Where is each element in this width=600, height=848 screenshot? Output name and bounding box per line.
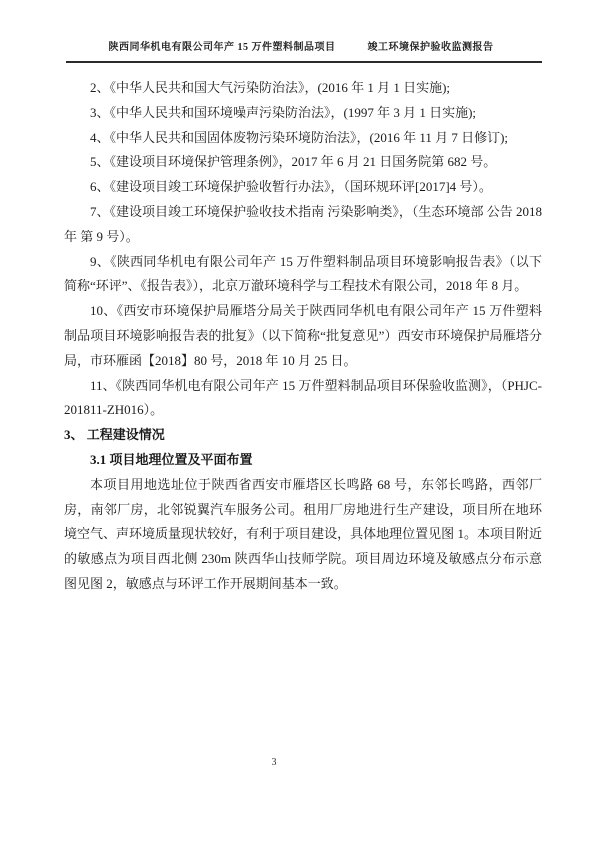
reference-item: 9、《陕西同华机电有限公司年产 15 万件塑料制品项目环境影响报告表》（以下简称… xyxy=(64,250,542,300)
section-heading: 3、 工程建设情况 xyxy=(64,423,542,448)
report-page: 陕西同华机电有限公司年产 15 万件塑料制品项目 竣工环境保护验收监测报告 2、… xyxy=(0,0,600,848)
header-right-title: 竣工环境保护验收监测报告 xyxy=(368,38,494,53)
reference-item: 4、《中华人民共和国固体废物污染环境防治法》，(2016 年 11 月 7 日修… xyxy=(64,126,542,151)
reference-item: 6、《建设项目竣工环境保护验收暂行办法》，（国环规环评[2017]4 号）。 xyxy=(64,175,542,200)
page-footer: 3 xyxy=(0,757,548,768)
reference-item: 11、《陕西同华机电有限公司年产 15 万件塑料制品项目环保验收监测》，（PHJ… xyxy=(64,374,542,424)
section-subheading: 3.1 项目地理位置及平面布置 xyxy=(64,448,542,473)
page-number: 3 xyxy=(272,757,277,768)
body-paragraph: 本项目用地选址位于陕西省西安市雁塔区长鸣路 68 号，东邻长鸣路，西邻厂房，南邻… xyxy=(64,473,542,597)
reference-item: 3、《中华人民共和国环境噪声污染防治法》，(1997 年 3 月 1 日实施); xyxy=(64,101,542,126)
reference-item: 7、《建设项目竣工环境保护验收技术指南 污染影响类》，（生态环境部 公告 201… xyxy=(64,200,542,250)
reference-item: 5、《建设项目环境保护管理条例》，2017 年 6 月 21 日国务院第 682… xyxy=(64,150,542,175)
header-rule xyxy=(66,61,542,63)
reference-item: 10、《西安市环境保护局雁塔分局关于陕西同华机电有限公司年产 15 万件塑料制品… xyxy=(64,299,542,373)
header-left-title: 陕西同华机电有限公司年产 15 万件塑料制品项目 xyxy=(109,38,336,53)
reference-item: 2、《中华人民共和国大气污染防治法》，(2016 年 1 月 1 日实施); xyxy=(64,76,542,101)
page-header: 陕西同华机电有限公司年产 15 万件塑料制品项目 竣工环境保护验收监测报告 xyxy=(63,38,539,53)
document-body: 2、《中华人民共和国大气污染防治法》，(2016 年 1 月 1 日实施); 3… xyxy=(64,76,542,597)
